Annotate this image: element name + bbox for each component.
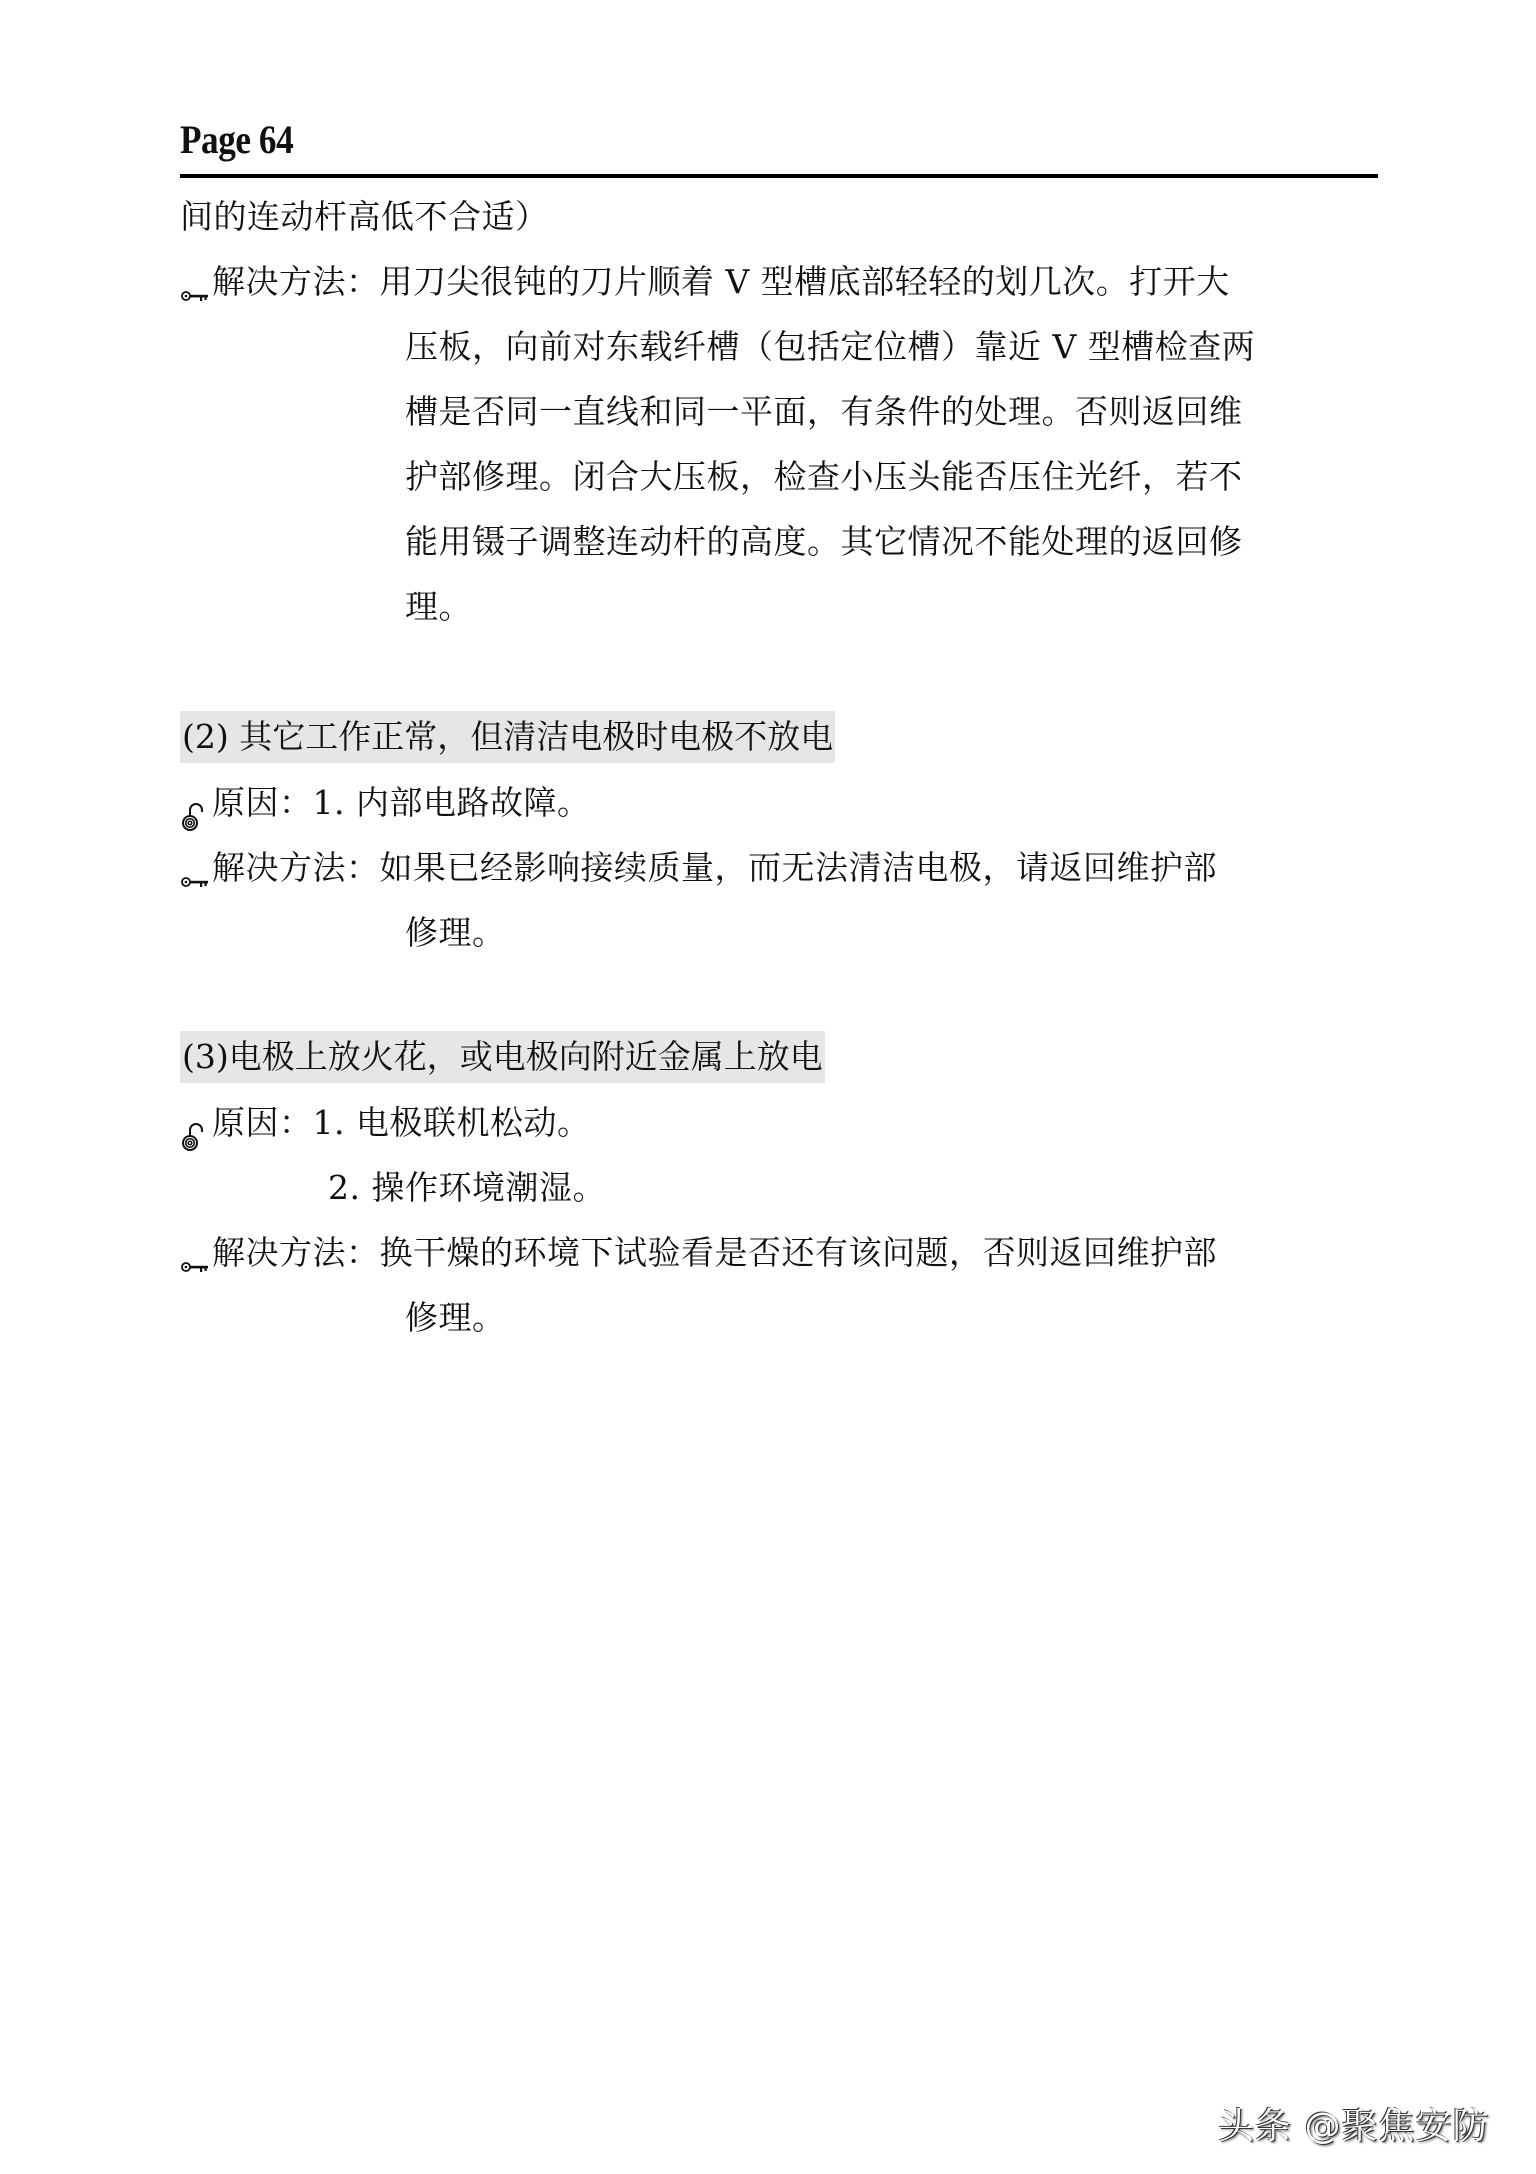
solution-row-section3: 解决方法： 换干燥的环境下试验看是否还有该问题，否则返回维护部	[180, 1220, 1380, 1285]
solution-row-section2: 解决方法： 如果已经影响接续质量，而无法清洁电极，请返回维护部	[180, 835, 1380, 900]
reason-item: 2. 操作环境潮湿。	[180, 1155, 1380, 1220]
solution-label: 解决方法：	[212, 1220, 380, 1285]
solution-text-line: 换干燥的环境下试验看是否还有该问题，否则返回维护部	[380, 1220, 1218, 1285]
continuation-line: 间的连动杆高低不合适）	[180, 184, 1380, 249]
solution-text-line: 用刀尖很钝的刀片顺着 V 型槽底部轻轻的划几次。打开大	[380, 249, 1230, 314]
page-header: Page 64	[180, 116, 1378, 164]
solution-text-line: 修理。	[180, 900, 1380, 965]
reason-row-section2: 原因： 1. 内部电路故障。	[180, 770, 1380, 835]
solution-text-line: 修理。	[180, 1285, 1380, 1350]
page-body: 间的连动杆高低不合适） 解决方法： 用刀尖很钝的刀片顺着 V 型槽底部轻轻的划几…	[180, 184, 1380, 1350]
reason-item: 1. 电极联机松动。	[313, 1090, 591, 1155]
solution-text-line: 理。	[180, 574, 1380, 639]
solution-label: 解决方法：	[212, 249, 380, 314]
page-title: Page 64	[180, 116, 293, 164]
header-divider	[180, 174, 1378, 178]
solution-text-line: 压板，向前对东载纤槽（包括定位槽）靠近 V 型槽检查两	[180, 314, 1380, 379]
key-icon	[180, 267, 210, 297]
padlock-icon	[180, 788, 210, 818]
reason-label: 原因：	[212, 1090, 313, 1155]
solution-text-line: 如果已经影响接续质量，而无法清洁电极，请返回维护部	[380, 835, 1218, 900]
solution-text-line: 能用镊子调整连动杆的高度。其它情况不能处理的返回修	[180, 509, 1380, 574]
reason-row-section3: 原因： 1. 电极联机松动。	[180, 1090, 1380, 1155]
spacer	[180, 965, 1380, 1025]
solution-row-section1: 解决方法： 用刀尖很钝的刀片顺着 V 型槽底部轻轻的划几次。打开大	[180, 249, 1380, 314]
section-heading-2: (2) 其它工作正常，但清洁电极时电极不放电	[180, 711, 835, 763]
section-heading-3: (3)电极上放火花，或电极向附近金属上放电	[180, 1031, 825, 1083]
reason-label: 原因：	[212, 770, 313, 835]
reason-item: 1. 内部电路故障。	[313, 770, 591, 835]
key-icon	[180, 853, 210, 883]
solution-label: 解决方法：	[212, 835, 380, 900]
padlock-icon	[180, 1108, 210, 1138]
spacer	[180, 639, 1380, 705]
solution-text-line: 槽是否同一直线和同一平面，有条件的处理。否则返回维	[180, 379, 1380, 444]
key-icon	[180, 1238, 210, 1268]
solution-text-line: 护部修理。闭合大压板，检查小压头能否压住光纤，若不	[180, 444, 1380, 509]
watermark: 头条 @聚焦安防	[1218, 2098, 1489, 2149]
